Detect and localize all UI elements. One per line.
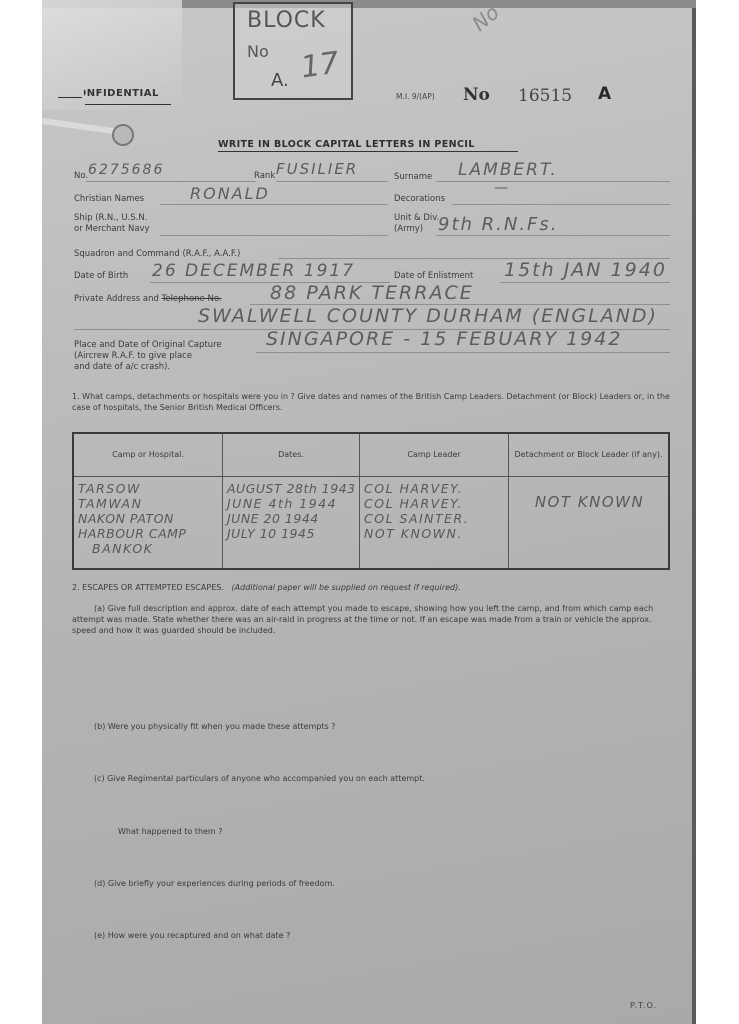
leaders-cell: COL HARVEY. COL HARVEY. COL SAINTER. NOT…	[360, 477, 509, 570]
leader-entry: COL HARVEY.	[364, 481, 506, 496]
question-2a: (a) Give full description and approx. da…	[72, 603, 672, 636]
date-entry: AUGUST 28th 1943	[227, 481, 357, 496]
camp-entry: BANKOK	[78, 541, 220, 556]
stamp-line-3: A.	[271, 70, 289, 91]
capture-label-1: Place and Date of Original Capture	[74, 340, 222, 350]
camp-entry: TARSOW	[78, 481, 220, 496]
question-1: 1. What camps, detachments or hospitals …	[72, 391, 672, 413]
rank-label: Rank	[254, 171, 275, 181]
capture-value: SINGAPORE - 15 FEBUARY 1942	[266, 328, 622, 350]
camps-table: Camp or Hospital. Dates. Camp Leader Det…	[72, 432, 670, 570]
header-camp-leader: Camp Leader	[360, 433, 509, 477]
telephone-struck-label: Telephone No.	[162, 294, 222, 304]
page-turn-note: P.T.O.	[630, 1001, 657, 1010]
squadron-label: Squadron and Command (R.A.F., A.A.F.)	[74, 249, 240, 259]
camp-entry: NAKON PATON	[78, 511, 220, 526]
unit-value: 9th R.N.Fs.	[438, 214, 559, 235]
dates-cell: AUGUST 28th 1943 JUNE 4th 1944 JUNE 20 1…	[223, 477, 360, 570]
ship-label-1: Ship (R.N., U.S.N.	[74, 213, 147, 223]
background-left	[0, 0, 42, 1024]
stamp-line-1: BLOCK	[247, 8, 326, 33]
background-right	[696, 0, 739, 1024]
form-instruction: WRITE IN BLOCK CAPITAL LETTERS IN PENCIL	[218, 139, 475, 150]
decorations-label: Decorations	[394, 194, 445, 204]
address-line-2: SWALWELL COUNTY DURHAM (ENGLAND)	[198, 305, 658, 327]
number-label: No	[463, 85, 490, 105]
rank-value: FUSILIER	[276, 160, 358, 178]
christian-names-value: RONALD	[190, 184, 270, 203]
date-entry: JUNE 20 1944	[227, 511, 357, 526]
serial-number: 16515	[518, 86, 572, 106]
question-2e: (e) How were you recaptured and on what …	[94, 930, 290, 941]
decorations-value: —	[494, 180, 510, 196]
pin-head-icon	[112, 124, 134, 146]
ship-label-2: or Merchant Navy	[74, 224, 150, 234]
stamp-block-number: 17	[299, 46, 342, 86]
camps-cell: TARSOW TAMWAN NAKON PATON HARBOUR CAMP B…	[73, 477, 223, 570]
date-entry: JULY 10 1945	[227, 526, 357, 541]
detachment-leader-entry: NOT KNOWN	[513, 495, 666, 510]
surname-label: Surname	[394, 172, 432, 182]
header-camp: Camp or Hospital.	[73, 433, 223, 477]
capture-label-3: and date of a/c crash).	[74, 362, 170, 372]
address-line-1: 88 PARK TERRACE	[270, 282, 474, 304]
christian-names-label: Christian Names	[74, 194, 144, 204]
header-detachment-leader: Detachment or Block Leader (if any).	[509, 433, 670, 477]
stamp-line-2: No	[247, 42, 269, 61]
question-2b: (b) Were you physically fit when you mad…	[94, 721, 336, 732]
army-no-label: No.	[74, 171, 88, 181]
instruction-underline	[218, 151, 518, 152]
leader-entry: NOT KNOWN.	[364, 526, 506, 541]
date-of-birth-label: Date of Birth	[74, 271, 128, 281]
classification-underline	[58, 97, 82, 98]
classification-underline	[85, 104, 171, 105]
date-of-enlistment-label: Date of Enlistment	[394, 271, 473, 281]
form-reference: M.I. 9/(AP)	[396, 92, 435, 101]
date-of-birth-value: 26 DECEMBER 1917	[152, 261, 355, 281]
serial-suffix: A	[598, 84, 611, 104]
date-of-enlistment-value: 15th JAN 1940	[504, 259, 667, 281]
question-2-heading: 2. ESCAPES OR ATTEMPTED ESCAPES. (Additi…	[72, 582, 461, 593]
private-address-label: Private Address and Telephone No.	[74, 294, 222, 304]
camp-entry: TAMWAN	[78, 496, 220, 511]
date-entry: JUNE 4th 1944	[227, 496, 357, 511]
surname-value: LAMBERT.	[458, 160, 558, 180]
unit-label-1: Unit & Div.	[394, 213, 439, 223]
leader-entry: COL SAINTER.	[364, 511, 506, 526]
question-2c-followup: What happened to them ?	[118, 826, 223, 837]
camp-entry: HARBOUR CAMP	[78, 526, 220, 541]
question-2d: (d) Give briefly your experiences during…	[94, 878, 335, 889]
leader-entry: COL HARVEY.	[364, 496, 506, 511]
question-2c: (c) Give Regimental particulars of anyon…	[94, 773, 425, 784]
block-stamp: BLOCK No A. 17	[233, 2, 353, 100]
army-no-value: 6275686	[88, 162, 164, 178]
capture-label-2: (Aircrew R.A.F. to give place	[74, 351, 192, 361]
unit-label-2: (Army)	[394, 224, 423, 234]
header-dates: Dates.	[223, 433, 360, 477]
detachment-cell: NOT KNOWN	[509, 477, 670, 570]
